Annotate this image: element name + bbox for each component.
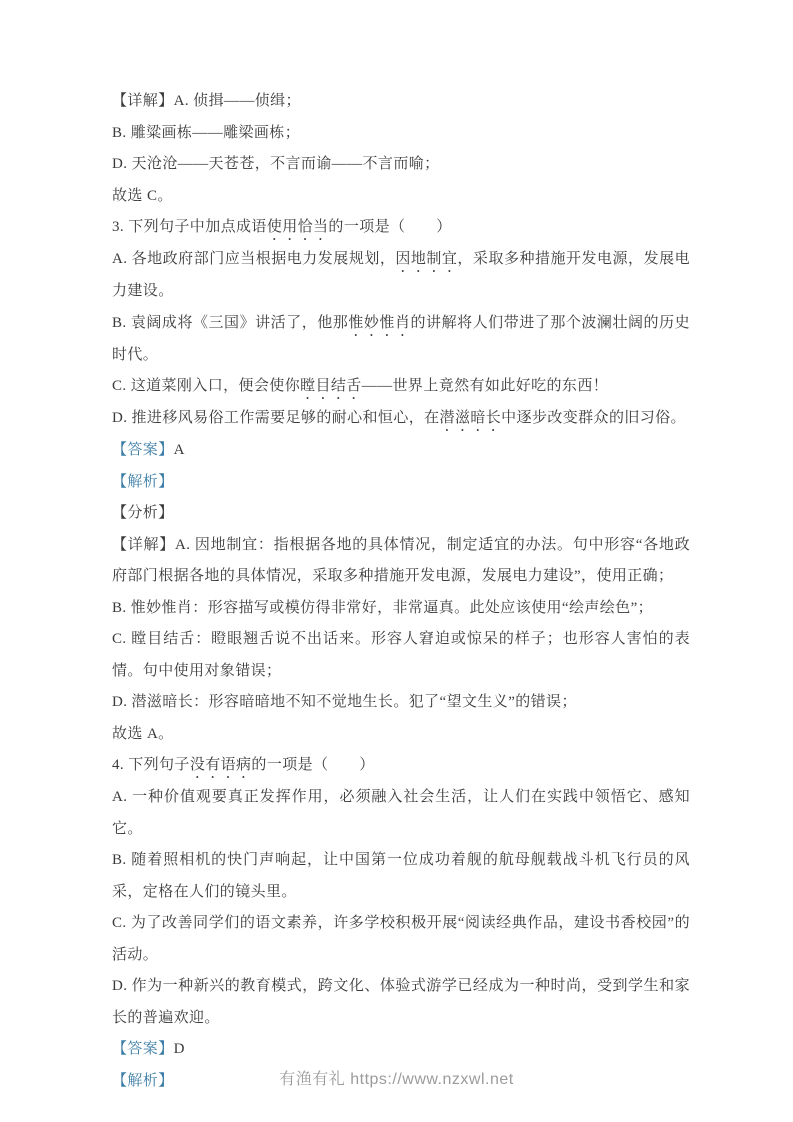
text-run: D. 潜滋暗长：形容暗暗地不知不觉地生长。犯了“望文生义”的错误； bbox=[112, 694, 577, 710]
text-run: B. 惟妙惟肖：形容描写或模仿得非常好，非常逼真。此处应该使用“绘声绘色”； bbox=[112, 600, 653, 616]
text-run: D. 天沧沧——天苍苍，不言而谕——不言而喻； bbox=[112, 156, 440, 172]
text-run: ——世界上竟然有如此好吃的东西！ bbox=[362, 378, 608, 394]
emphasized-term: 惟妙惟肖 bbox=[348, 315, 410, 331]
document-line: 【答案】D bbox=[112, 1034, 690, 1066]
document-line: A. 各地政府部门应当根据电力发展规划，因地制宜，采取多种措施开发电源，发展电力… bbox=[112, 244, 690, 308]
document-line: 故选 C。 bbox=[112, 181, 690, 213]
document-body: 【详解】A. 侦揖——侦缉；B. 雕粱画栋——雕梁画栋；D. 天沧沧——天苍苍，… bbox=[112, 86, 690, 1097]
document-line: D. 作为一种新兴的教育模式，跨文化、体验式游学已经成为一种时尚，受到学生和家长… bbox=[112, 971, 690, 1034]
emphasized-term: 瞠目结舌 bbox=[300, 378, 362, 394]
document-line: 4. 下列句子没有语病的一项是（ ） bbox=[112, 750, 690, 782]
text-run: C. 瞠目结舌：瞪眼翘舌说不出话来。形容人窘迫或惊呆的样子；也形容人害怕的表情。… bbox=[112, 631, 690, 679]
text-run: C. 这道菜刚入口，便会使你 bbox=[112, 378, 300, 394]
text-run: 【详解】A. 侦揖——侦缉； bbox=[112, 93, 301, 109]
text-run: A. 一种价值观要真正发挥作用，必须融入社会生活，让人们在实践中领悟它、感知它。 bbox=[112, 789, 690, 837]
emphasized-term: 因地制宜 bbox=[395, 251, 457, 267]
document-line: 3. 下列句子中加点成语使用恰当的一项是（ ） bbox=[112, 212, 690, 244]
exam-answer-page: 【详解】A. 侦揖——侦缉；B. 雕粱画栋——雕梁画栋；D. 天沧沧——天苍苍，… bbox=[0, 0, 793, 1122]
text-run: 的一项是（ ） bbox=[251, 757, 374, 773]
text-run: D. 作为一种新兴的教育模式，跨文化、体验式游学已经成为一种时尚，受到学生和家长… bbox=[112, 978, 690, 1026]
document-line: 【解析】 bbox=[112, 467, 690, 499]
text-run: 故选 A。 bbox=[112, 726, 174, 742]
section-label: 【答案】 bbox=[112, 1041, 174, 1057]
text-run: 的一项是（ ） bbox=[328, 219, 451, 235]
emphasized-term: 使用恰当 bbox=[267, 219, 329, 235]
watermark-footer: 有渔有礼 https://www.nzxwl.net bbox=[0, 1066, 793, 1089]
text-run: B. 袁阔成将《三国》讲活了，他那 bbox=[112, 315, 348, 331]
section-label: 【解析】 bbox=[112, 474, 174, 490]
document-line: C. 瞠目结舌：瞪眼翘舌说不出话来。形容人窘迫或惊呆的样子；也形容人害怕的表情。… bbox=[112, 624, 690, 687]
text-run: C. 为了改善同学们的语文素养，许多学校积极开展“阅读经典作品，建设书香校园”的… bbox=[112, 915, 690, 963]
document-line: 【详解】A. 侦揖——侦缉； bbox=[112, 86, 690, 118]
emphasized-term: 没有语病 bbox=[190, 757, 252, 773]
text-run: 中逐步改变群众的旧习俗。 bbox=[501, 410, 686, 426]
document-line: 【答案】A bbox=[112, 435, 690, 467]
emphasized-term: 潜滋暗长 bbox=[440, 410, 502, 426]
text-run: 【分析】 bbox=[112, 505, 174, 521]
document-line: C. 这道菜刚入口，便会使你瞠目结舌——世界上竟然有如此好吃的东西！ bbox=[112, 371, 690, 403]
document-line: D. 推进移风易俗工作需要足够的耐心和恒心，在潜滋暗长中逐步改变群众的旧习俗。 bbox=[112, 403, 690, 435]
text-run: B. 雕粱画栋——雕梁画栋； bbox=[112, 125, 300, 141]
text-run: A bbox=[174, 442, 185, 458]
document-line: 【分析】 bbox=[112, 498, 690, 530]
document-line: B. 雕粱画栋——雕梁画栋； bbox=[112, 118, 690, 150]
document-line: 故选 A。 bbox=[112, 719, 690, 751]
text-run: 故选 C。 bbox=[112, 188, 173, 204]
text-run: D bbox=[174, 1041, 185, 1057]
text-run: 【详解】A. 因地制宜：指根据各地的具体情况，制定适宜的办法。句中形容“各地政府… bbox=[112, 537, 690, 585]
document-line: B. 随着照相机的快门声响起，让中国第一位成功着舰的航母舰载战斗机飞行员的风采，… bbox=[112, 845, 690, 908]
text-run: D. 推进移风易俗工作需要足够的耐心和恒心，在 bbox=[112, 410, 440, 426]
document-line: B. 袁阔成将《三国》讲活了，他那惟妙惟肖的讲解将人们带进了那个波澜壮阔的历史时… bbox=[112, 308, 690, 372]
document-line: D. 天沧沧——天苍苍，不言而谕——不言而喻； bbox=[112, 149, 690, 181]
section-label: 【答案】 bbox=[112, 442, 174, 458]
document-line: C. 为了改善同学们的语文素养，许多学校积极开展“阅读经典作品，建设书香校园”的… bbox=[112, 908, 690, 971]
text-run: 3. 下列句子中加点成语 bbox=[112, 219, 267, 235]
text-run: B. 随着照相机的快门声响起，让中国第一位成功着舰的航母舰载战斗机飞行员的风采，… bbox=[112, 852, 690, 900]
document-line: D. 潜滋暗长：形容暗暗地不知不觉地生长。犯了“望文生义”的错误； bbox=[112, 687, 690, 719]
document-line: A. 一种价值观要真正发挥作用，必须融入社会生活，让人们在实践中领悟它、感知它。 bbox=[112, 782, 690, 845]
document-line: B. 惟妙惟肖：形容描写或模仿得非常好，非常逼真。此处应该使用“绘声绘色”； bbox=[112, 593, 690, 625]
text-run: 4. 下列句子 bbox=[112, 757, 190, 773]
document-line: 【详解】A. 因地制宜：指根据各地的具体情况，制定适宜的办法。句中形容“各地政府… bbox=[112, 530, 690, 593]
text-run: A. 各地政府部门应当根据电力发展规划， bbox=[112, 251, 395, 267]
